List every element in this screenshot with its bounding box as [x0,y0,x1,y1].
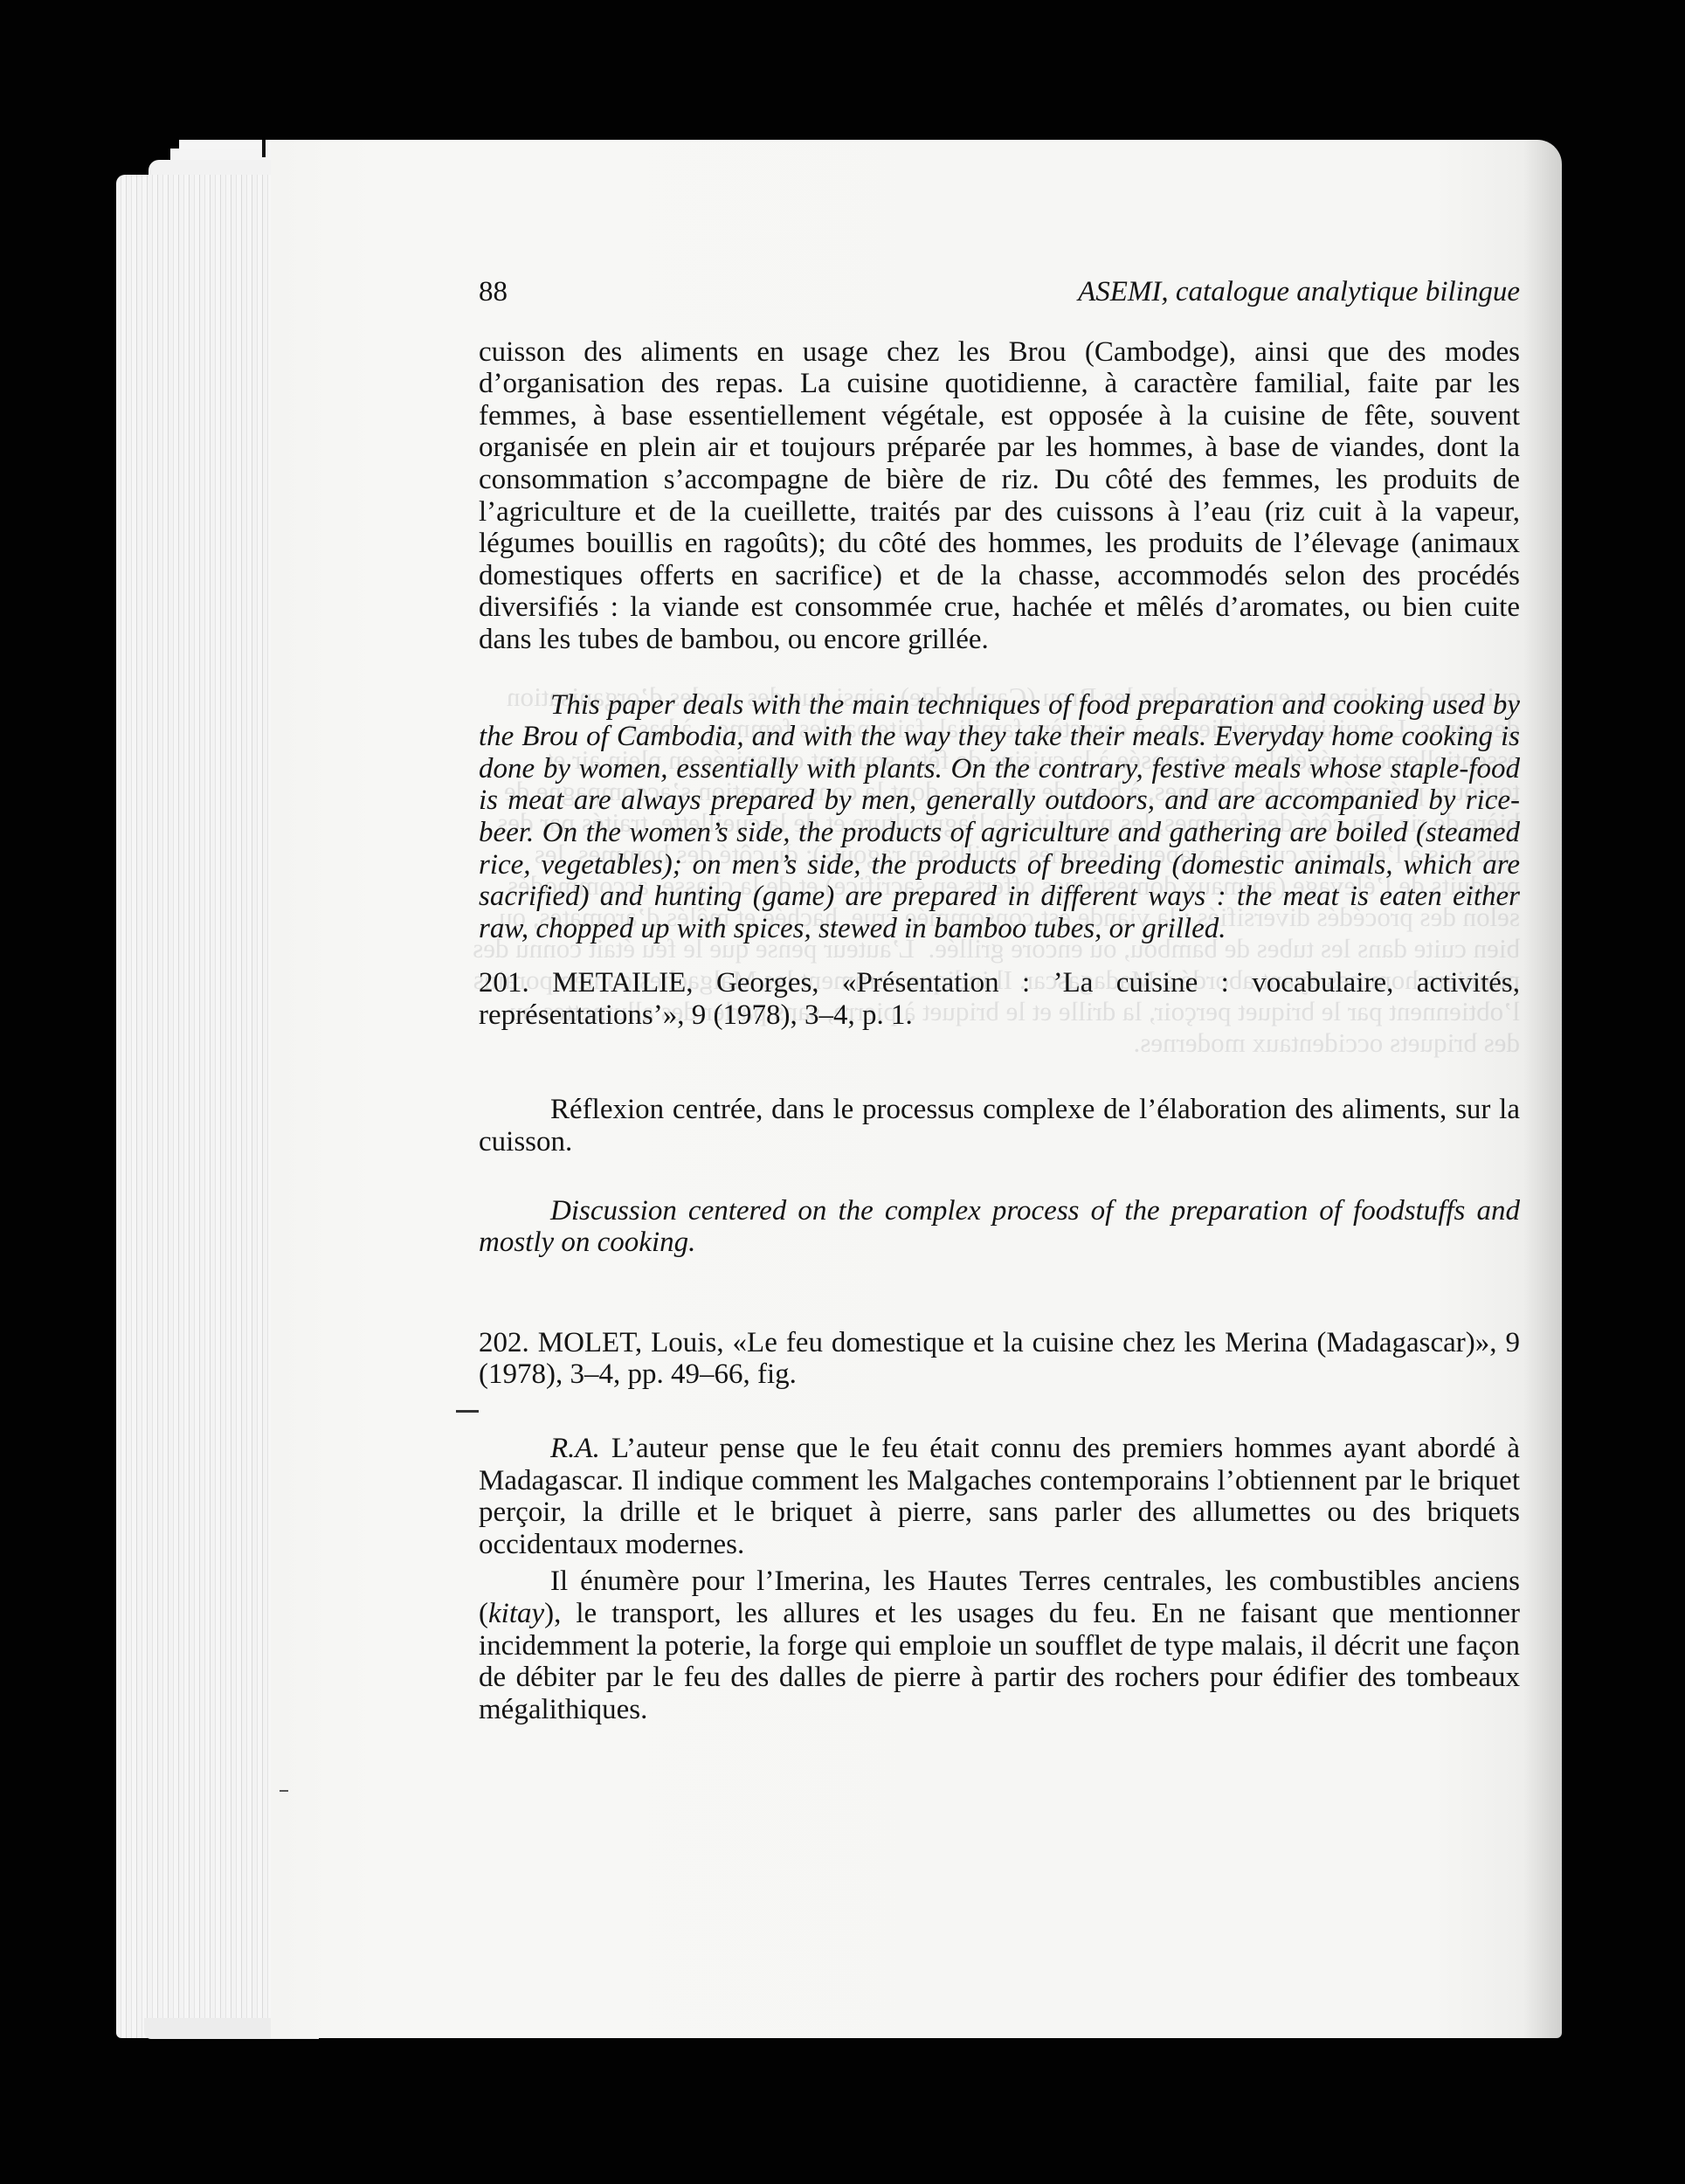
entry-201-citation: 201. METAILIE, Georges, «Présentation : … [479,967,1520,1031]
entry-202-summary-prefix: R.A. [550,1433,600,1464]
entry-202-summary-text-1: L’auteur pense que le feu était connu de… [479,1433,1520,1560]
entry-201-abstract-en: Discussion centered on the complex proce… [479,1195,1520,1259]
entry-202-citation: 202. MOLET, Louis, «Le feu domestique et… [479,1327,1520,1391]
page-number: 88 [479,276,508,308]
entry-200-abstract-en: This paper deals with the main technique… [479,689,1520,945]
entry-202-summary-fr-2: Il énumère pour l’Imerina, les Hautes Te… [479,1565,1520,1725]
entry-202-term-kitay: kitay [488,1598,544,1629]
entry-202-summary-fr-1: R.A. L’auteur pense que le feu était con… [479,1433,1520,1560]
text-column: 88 ASEMI, catalogue analytique bilingue … [479,276,1520,1725]
margin-mark [456,1410,479,1413]
spine-mark [262,140,266,157]
page-stack-left-edges [116,175,291,2038]
entry-201-summary-fr: Réflexion centrée, dans le processus com… [479,1094,1520,1158]
running-head-title: ASEMI, catalogue analytique bilingue [1078,276,1520,308]
margin-mark [280,1790,288,1792]
entry-200-summary-fr: cuisson des aliments en usage chez les B… [479,336,1520,656]
running-head: 88 ASEMI, catalogue analytique bilingue [479,276,1520,308]
entry-202-summary-text-2b: ), le transport, les allures et les usag… [479,1598,1520,1725]
